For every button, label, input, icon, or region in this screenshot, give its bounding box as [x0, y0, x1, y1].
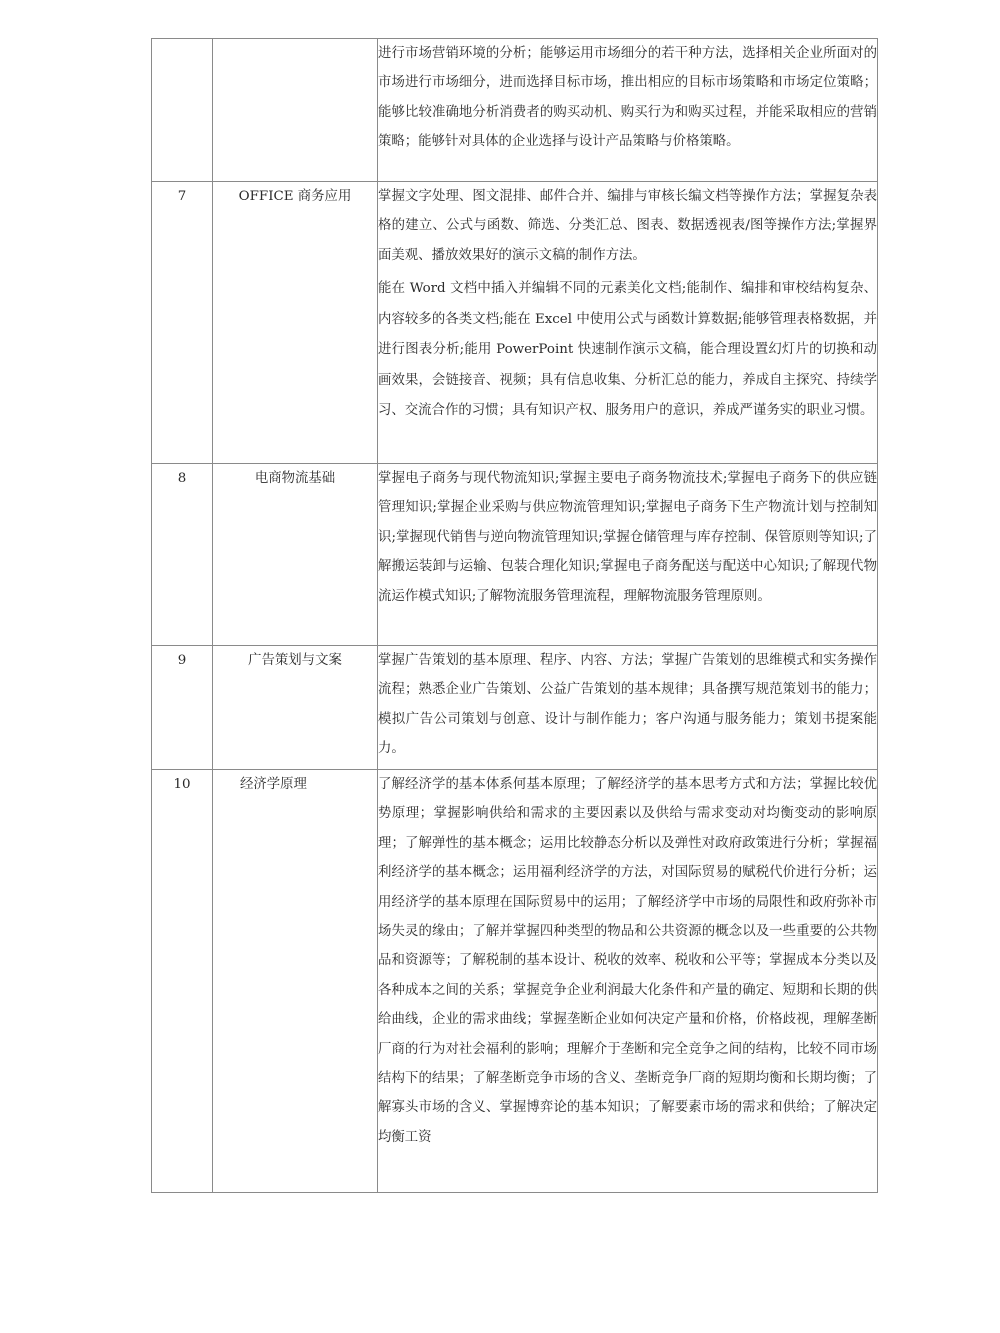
course-description-cell: 掌握文字处理、图文混排、邮件合并、编排与审核长编文档等操作方法；掌握复杂表格的建…: [378, 182, 878, 464]
course-number-cell: 9: [152, 646, 213, 770]
table-row-continued: 进行市场营销环境的分析；能够运用市场细分的若干种方法，选择相关企业所面对的市场进…: [152, 39, 878, 182]
course-description-paragraph: 掌握广告策划的基本原理、程序、内容、方法；掌握广告策划的思维模式和实务操作流程；…: [378, 646, 877, 764]
course-number-cell: 10: [152, 770, 213, 1193]
course-name-cell: 经济学原理: [213, 770, 378, 1193]
course-number-cell: 8: [152, 464, 213, 646]
course-description-cell: 掌握电子商务与现代物流知识;掌握主要电子商务物流技术;掌握电子商务下的供应链管理…: [378, 464, 878, 646]
course-name-cell: 广告策划与文案: [213, 646, 378, 770]
table-row: 8 电商物流基础 掌握电子商务与现代物流知识;掌握主要电子商务物流技术;掌握电子…: [152, 464, 878, 646]
course-description-cell: 了解经济学的基本体系何基本原理；了解经济学的基本思考方式和方法；掌握比较优势原理…: [378, 770, 878, 1193]
course-description-paragraph: 了解经济学的基本体系何基本原理；了解经济学的基本思考方式和方法；掌握比较优势原理…: [378, 770, 877, 1152]
course-description-paragraph: 能在 Word 文档中插入并编辑不同的元素美化文档;能制作、编排和审校结构复杂、…: [378, 274, 877, 427]
course-description-paragraph: 进行市场营销环境的分析；能够运用市场细分的若干种方法，选择相关企业所面对的市场进…: [378, 39, 877, 157]
course-name-cell: [213, 39, 378, 182]
table-row: 7 OFFICE 商务应用 掌握文字处理、图文混排、邮件合并、编排与审核长编文档…: [152, 182, 878, 464]
course-name-cell: 电商物流基础: [213, 464, 378, 646]
course-description-cell: 进行市场营销环境的分析；能够运用市场细分的若干种方法，选择相关企业所面对的市场进…: [378, 39, 878, 182]
course-description-paragraph: 掌握电子商务与现代物流知识;掌握主要电子商务物流技术;掌握电子商务下的供应链管理…: [378, 464, 877, 611]
table-row: 9 广告策划与文案 掌握广告策划的基本原理、程序、内容、方法；掌握广告策划的思维…: [152, 646, 878, 770]
table-row: 10 经济学原理 了解经济学的基本体系何基本原理；了解经济学的基本思考方式和方法…: [152, 770, 878, 1193]
course-table: 进行市场营销环境的分析；能够运用市场细分的若干种方法，选择相关企业所面对的市场进…: [151, 38, 878, 1193]
course-name-cell: OFFICE 商务应用: [213, 182, 378, 464]
course-number-cell: [152, 39, 213, 182]
course-description-paragraph: 掌握文字处理、图文混排、邮件合并、编排与审核长编文档等操作方法；掌握复杂表格的建…: [378, 182, 877, 270]
course-description-cell: 掌握广告策划的基本原理、程序、内容、方法；掌握广告策划的思维模式和实务操作流程；…: [378, 646, 878, 770]
course-number-cell: 7: [152, 182, 213, 464]
